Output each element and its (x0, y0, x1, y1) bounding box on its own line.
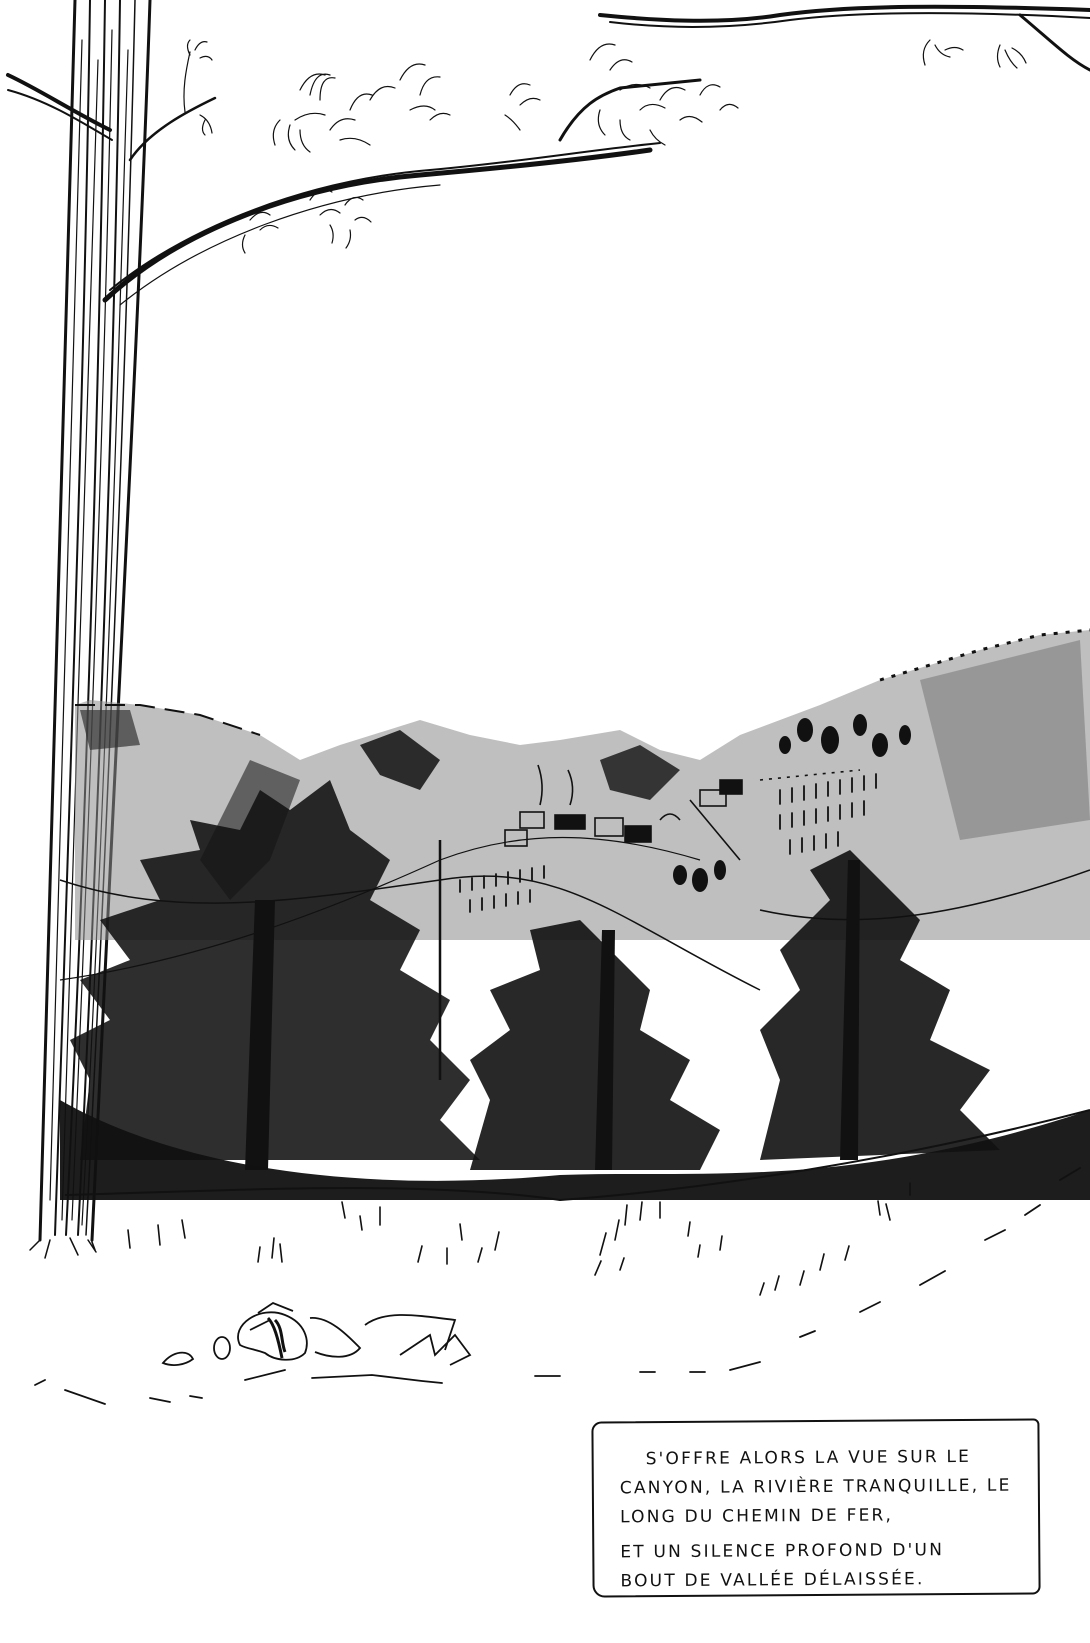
path-rocks (163, 1303, 470, 1365)
illustration (0, 0, 1090, 1643)
caption-line-5: bout de vallée délaissée. (620, 1565, 1020, 1597)
caption-line-1: S'offre alors la vue sur le (620, 1443, 1020, 1475)
caption-box: S'offre alors la vue sur le canyon, la r… (591, 1418, 1040, 1597)
caption-line-2: canyon, la rivière tranquille, le (620, 1472, 1020, 1504)
path-dashes (35, 1168, 1080, 1404)
pine-needle-clusters (188, 40, 1027, 253)
caption-line-4: et un silence profond d'un (620, 1536, 1020, 1568)
caption-line-3: long du chemin de fer, (620, 1501, 1020, 1533)
